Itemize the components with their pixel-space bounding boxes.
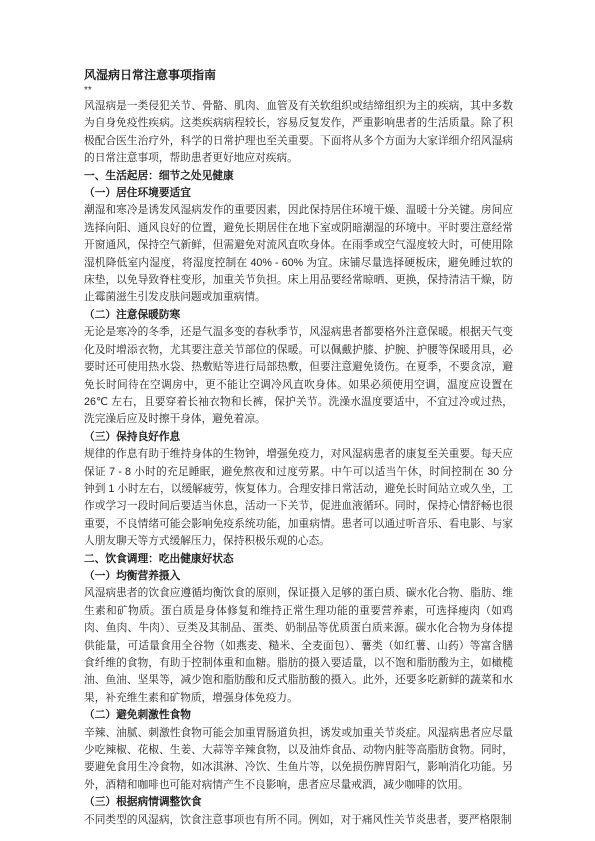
paragraph-good-routine: 规律的作息有助于维持身体的生物钟，增强免疫力，对风湿病患者的康复至关重要。每天应… xyxy=(84,446,513,550)
section-heading-daily-living: 一、生活起居：细节之处见健康 xyxy=(84,168,513,185)
subsection-heading-keep-warm: （二）注意保暖防寒 xyxy=(84,307,513,324)
document-body: 风湿病日常注意事项指南 ** 风湿病是一类侵犯关节、骨骼、肌肉、血管及有关软组织… xyxy=(84,66,513,829)
paragraph-adjust-diet: 不同类型的风湿病，饮食注意事项也有所不同。例如，对于痛风性关节炎患者，要严格限制 xyxy=(84,812,513,829)
paragraph-keep-warm: 无论是寒冷的冬季，还是气温多变的春秋季节，风湿病患者都要格外注意保暖。根据天气变… xyxy=(84,324,513,428)
document-page: 风湿病日常注意事项指南 ** 风湿病是一类侵犯关节、骨骼、肌肉、血管及有关软组织… xyxy=(0,0,595,841)
paragraph-avoid-irritants: 辛辣、油腻、刺激性食物可能会加重胃肠道负担，诱发或加重关节炎症。风湿病患者应尽量… xyxy=(84,725,513,795)
subsection-heading-living-environment: （一）居住环境要适宜 xyxy=(84,185,513,202)
section-heading-diet: 二、饮食调理：吃出健康好状态 xyxy=(84,551,513,568)
document-title: 风湿病日常注意事项指南 xyxy=(84,66,513,84)
subsection-heading-good-routine: （三）保持良好作息 xyxy=(84,429,513,446)
bold-marker: ** xyxy=(84,84,513,98)
subsection-heading-adjust-diet: （三）根据病情调整饮食 xyxy=(84,794,513,811)
subsection-heading-balanced-nutrition: （一）均衡营养摄入 xyxy=(84,568,513,585)
paragraph-living-environment: 潮湿和寒冷是诱发风湿病发作的重要因素，因此保持居住环境干燥、温暖十分关键。房间应… xyxy=(84,202,513,306)
paragraph-balanced-nutrition: 风湿病患者的饮食应遵循均衡饮食的原则，保证摄入足够的蛋白质、碳水化合物、脂肪、维… xyxy=(84,585,513,707)
intro-paragraph: 风湿病是一类侵犯关节、骨骼、肌肉、血管及有关软组织或结缔组织为主的疾病，其中多数… xyxy=(84,98,513,168)
subsection-heading-avoid-irritants: （二）避免刺激性食物 xyxy=(84,707,513,724)
